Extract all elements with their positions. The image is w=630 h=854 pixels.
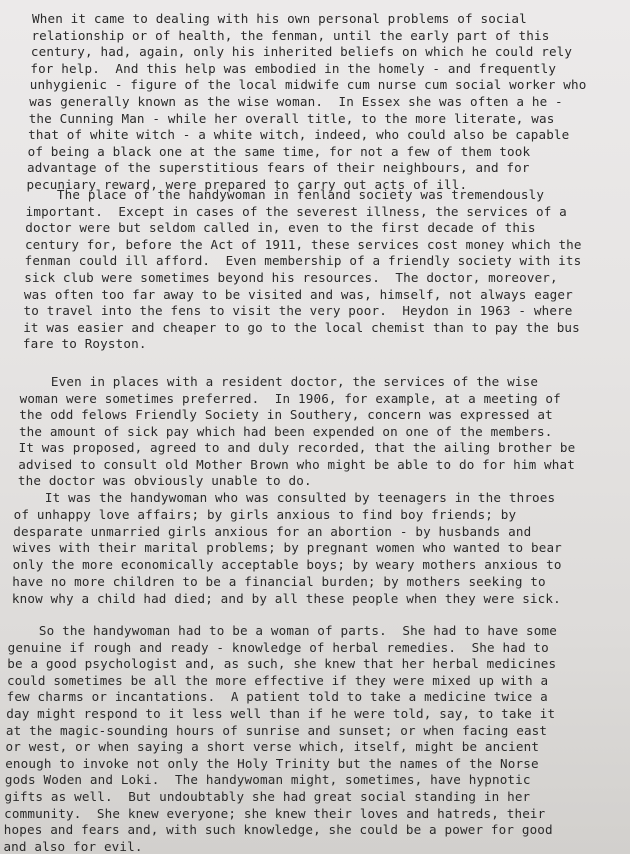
- text-line: When it came to dealing with his own per…: [32, 11, 527, 27]
- text-line: advantage of the superstitious fears of …: [27, 160, 530, 176]
- text-line: have no more children to be a financial …: [12, 574, 546, 590]
- text-line: gods Woden and Loki. The handywoman migh…: [5, 772, 531, 788]
- text-line: sick club were sometimes beyond his reso…: [24, 270, 558, 286]
- text-line: know why a child had died; and by all th…: [12, 591, 561, 607]
- text-line: century for, before the Act of 1911, the…: [25, 237, 582, 253]
- typewritten-page: When it came to dealing with his own per…: [0, 0, 630, 854]
- text-line: for help. And this help was embodied in …: [30, 61, 556, 77]
- text-line: Even in places with a resident doctor, t…: [20, 374, 538, 390]
- text-line: relationship or of health, the fenman, u…: [31, 28, 549, 44]
- text-line: hopes and fears and, with such knowledge…: [4, 822, 553, 838]
- text-line: desparate unmarried girls anxious for an…: [13, 524, 531, 540]
- text-line: gifts as well. But undoubtably she had g…: [5, 789, 531, 805]
- text-line: unhygienic - figure of the local midwife…: [30, 77, 587, 93]
- text-line: at the magic-sounding hours of sunrise a…: [6, 723, 547, 739]
- text-line: was generally known as the wise woman. I…: [29, 94, 563, 110]
- text-line: the odd felows Friendly Society in South…: [19, 407, 553, 423]
- text-line: century, had, again, only his inherited …: [31, 44, 572, 60]
- text-line: advised to consult old Mother Brown who …: [18, 457, 575, 473]
- text-line: enough to invoke not only the Holy Trini…: [5, 756, 539, 772]
- text-line: and also for evil.: [3, 839, 142, 854]
- text-line: It was proposed, agreed to and duly reco…: [19, 440, 576, 456]
- text-line: could sometimes be all the more effectiv…: [7, 673, 548, 689]
- text-line: to travel into the fens to visit the ver…: [24, 303, 573, 319]
- text-line: of being a black one at the same time, f…: [28, 144, 531, 160]
- text-line: of unhappy love affairs; by girls anxiou…: [14, 507, 517, 523]
- text-line: So the handywoman had to be a woman of p…: [8, 623, 557, 639]
- text-line: day might respond to it less well than i…: [6, 706, 555, 722]
- text-line: fenman could ill afford. Even membership…: [25, 253, 582, 269]
- text-line: it was easier and cheaper to go to the l…: [23, 320, 580, 336]
- text-line: or west, or when saying a short verse wh…: [6, 739, 540, 755]
- text-line: the doctor was obviously unable to do.: [18, 473, 312, 489]
- text-line: doctor were but seldom called in, even t…: [25, 220, 535, 236]
- text-line: be a good psychologist and, as such, she…: [7, 656, 556, 672]
- text-line: that of white witch - a white witch, ind…: [28, 127, 569, 143]
- text-line: woman were sometimes preferred. In 1906,…: [20, 391, 561, 407]
- text-line: few charms or incantations. A patient to…: [7, 689, 548, 705]
- text-line: only the more economically acceptable bo…: [13, 557, 562, 573]
- text-line: important. Except in cases of the severe…: [26, 204, 567, 220]
- text-line: was often too far away to be visited and…: [24, 287, 573, 303]
- text-line: community. She knew everyone; she knew t…: [4, 806, 545, 822]
- text-line: the amount of sick pay which had been ex…: [19, 424, 553, 440]
- text-line: the Cunning Man - while her overall titl…: [29, 111, 555, 127]
- text-line: genuine if rough and ready - knowledge o…: [8, 640, 549, 656]
- text-line: The place of the handywoman in fenland s…: [26, 187, 544, 203]
- text-line: fare to Royston.: [23, 336, 147, 352]
- text-line: It was the handywoman who was consulted …: [14, 490, 555, 506]
- text-line: wives with their marital problems; by pr…: [13, 540, 562, 556]
